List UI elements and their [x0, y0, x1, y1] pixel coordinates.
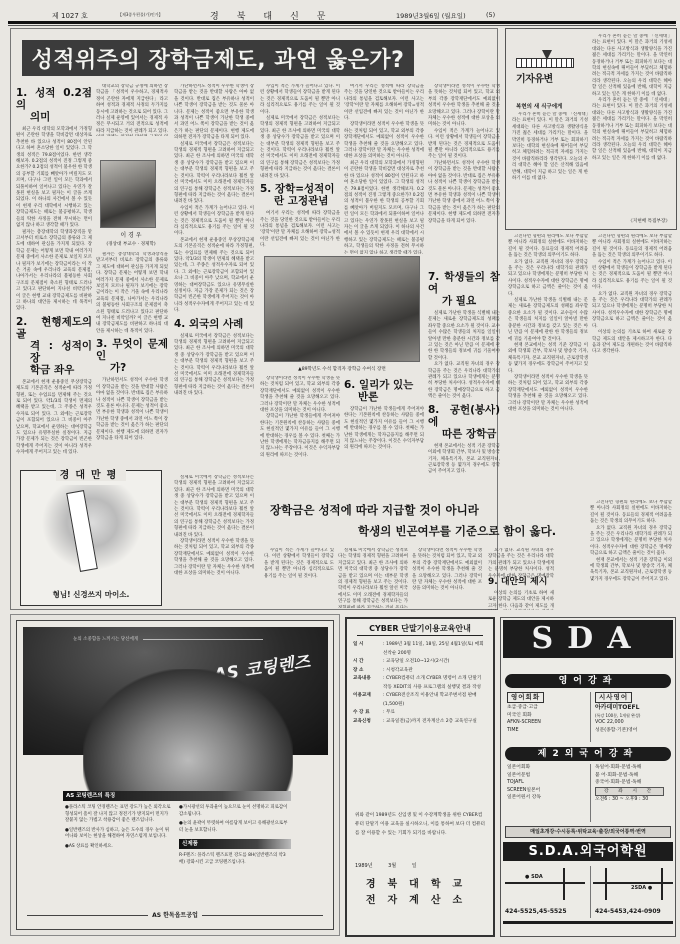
reporter-column-body-1: 우리가 흔히 듣는 말 중에 「신세대」라는 표현이 있다. 이 말은 과거의 … [512, 112, 588, 226]
section-4-body: 실제로 미국에서 장학금은 성적보다는 학생의 경제적 형편을 고려하여 지급되… [174, 334, 254, 398]
services-bar: 매일초개강·수시등록·위탁교육·출강/외국어통역·번역 [505, 826, 671, 838]
cyber-ad-date: 1989년 3월 일 [355, 862, 417, 869]
pull-quote: 장학금은 성적에 따라 지급할 것이 아니라 학생의 빈곤여부를 기준으로 함이… [270, 500, 570, 542]
other-language-list: 독일어·회화·문법·독해 불 어·회화·문법·독해 중국어·회화·문법·독해 강… [595, 764, 673, 804]
japanese-course-list: 일본어회화 일본어문법 TOJAFL SCREEN일본어 일본어원서 강독 [507, 764, 585, 802]
headline-banner: 성적위주의 장학금제도, 과연 옳은가? [22, 40, 414, 76]
reporter-column-body-2: 우리가 흔히 듣는 말 중에 「신세대」라는 표현이 있다. 이 말은 과거의 … [592, 34, 672, 214]
section-6-body: 장학금이 가난한 학생들에게 주어져야 한다는 기본원칙에 찬동하는 사람들 중… [344, 407, 424, 452]
article-column-3-bottom: 실제로 미국에서 장학금은 성적보다는 학생의 경제적 형편을 고려하여 지급되… [174, 475, 254, 605]
ad-sda-language-institute: SDA 영어강좌 영어회화 초급·중급·고급 미국인 회화 AFKN-SCREE… [500, 617, 676, 937]
section-1-body-cont: 필자는 총장대학의 학생과장직을 맡고서부터 비로소 장학금의 종류와 그 제도… [16, 230, 92, 313]
section-9-body: 이상의 논의를 기초로 하여 새로운 장학금 제도의 대안을 제시하고자 한다.… [488, 591, 554, 610]
article-column-6-bottom: 7. 학생들의 참여 가 필요 실제로 가난한 학생을 식별해 내는 문제는 새… [428, 268, 500, 496]
section-7-body: 실제로 가난한 학생을 식별해 내는 문제는 새로운 장학금제도의 성패를 좌우… [428, 311, 500, 362]
ad-company-name: AS 한독옵트공업 [148, 912, 202, 919]
section-1-heading: 1. 성적 0.2점의 의미 [16, 87, 92, 123]
issue-date: 1989년3월6일 (월요일) [396, 11, 466, 20]
section-4-heading: 4. 외국의 사례 [174, 318, 254, 330]
article-column-7: 고진다면 형편의 원리에도 보다 부합할 뿐 아니라 사회정의 실현에도 이바지… [508, 234, 588, 496]
ad-hero-photo: 눈의 소중함을 느끼시는 당신에게 AS 코팅렌즈 [23, 627, 328, 755]
author-photo [100, 160, 156, 228]
ad-new-product-title: 신제품 [179, 839, 291, 849]
cartoon-caption: 형님! 신경쓰지 마이소. [21, 589, 161, 600]
ad-features-list-right: ●가시광선의 투과율이 높으므로 눈이 선명하고 피로감이 감소됩니다. ●눈의… [179, 805, 291, 837]
ceremony-photo [264, 256, 420, 362]
english-course-title: 영어강좌 [505, 674, 671, 688]
location-map-1: ● SDA [505, 866, 585, 902]
newspaper-page: 제 1027 호 【제3종우편물(가)인가】 경북대신문 1989년3월6일 (… [0, 0, 680, 944]
section-6-heading: 6. 일리가 있는 반론 [344, 379, 424, 403]
postal-tag: 【제3종우편물(가)인가】 [118, 12, 163, 18]
phone-2: 424-5453,424-0909 [595, 908, 661, 915]
current-english-list: 시사영어 아카데미TOEFL (특강 100분, 1개월 완성) VOC 22,… [595, 692, 673, 734]
section-7-heading: 7. 학생들의 참여 가 필요 [428, 271, 500, 307]
ad-features-title: AS 코팅렌즈의 특징 [63, 791, 291, 801]
article-column-4: 수입이 적은 가계가 늘어나고 있다. 이런 상황에서 학생들이 장학금을 받게… [260, 84, 340, 274]
cyber-ad-details: 일 시: 1989년 3월 11일, 18일, 25일 4월1일(토) 매회선착… [353, 641, 487, 726]
cyber-ad-title: CYBER 단말기이용교육안내 [347, 623, 493, 634]
ad-as-coating-lens: 눈의 소중함을 느끼시는 당신에게 AS 코팅렌즈 AS 코팅렌즈의 특징 ●플… [16, 620, 334, 930]
article-column-5-bottom: 6. 일리가 있는 반론 장학금이 가난한 학생들에게 주어져야 한다는 기본원… [344, 376, 424, 494]
section-9-heading: 9. 대안의 제시 [488, 577, 554, 587]
class-hours: 오전6 : 30 ~ 오후9 : 30 [595, 796, 673, 804]
masthead-rule-thin [8, 25, 676, 26]
cyber-ad-body: 위와 같이 1989년도 신입생 및 이 수강계학생을 위한 CYBER컴퓨터 … [355, 811, 485, 838]
article-column-lower-5: 고진다면 형편의 원리에도 보다 부합할 뿐 아니라 사회정의 실현에도 이바지… [590, 500, 672, 608]
article-column-lower-3: 장학생이라면 성적이 우수한 학생을 뜻하는 것처럼 되어 있고, 학교 외부의… [412, 548, 482, 608]
article-column-2: 필자는 총장대학의 학생과장직을 맡고서부터 비로소 장학금의 종류와 그 제도… [96, 252, 168, 472]
reporter-column-signature: 《지현배 특집부장》 [600, 218, 670, 224]
article-column-lower-2: 실제로 미국에서 장학금은 성적보다는 학생의 경제적 형편을 고려하여 지급되… [338, 548, 408, 608]
section-5-body: 여기서 우리는 성적에 따라 장학금을 주는 것을 당연한 것으로 받아들이는 … [260, 211, 340, 249]
ad-features-list: ●플라스틱 코팅 안경렌즈는 표면 강도가 높은 외각으로 형성되어 흠이 잘 … [65, 805, 173, 854]
location-map-2: 2SDA ● [593, 866, 673, 902]
cartoon-title: 경대만평 [56, 470, 127, 481]
sda-logo: SDA [503, 620, 673, 658]
section-3-body: 가난하면서도 성적이 우수한 학생이 장학금을 받는 것을 반대할 사람은 아마… [96, 378, 168, 442]
ad-group-photo [83, 669, 293, 799]
class-hours-label: 강 좌 시 간 [595, 787, 664, 797]
editorial-cartoon: 경대만평 형님! 신경쓰지 마이소. [20, 470, 162, 606]
article-column-4-bottom: 장학생이라면 성적이 우수한 학생을 뜻하는 것처럼 되어 있고, 학교 외부의… [260, 376, 340, 494]
ceremony-photo-caption: ▲89학년도 수석 합격자 장학금 수여식 장면 [264, 366, 420, 372]
section-2b-body: 대학교의 장학금 규정에 의하면 장학금을 「성적이 우수하고, 경제적사정이 … [96, 84, 168, 136]
masthead: 제 1027 호 【제3종우편물(가)인가】 경북대신문 1989년3월6일 (… [10, 8, 675, 22]
section-5-heading: 5. 장학=성적이 란 고정관념 [260, 183, 340, 207]
ad-cyber-education: CYBER 단말기이용교육안내 일 시: 1989년 3월 11일, 18일, … [345, 617, 495, 937]
page-number: (5) [486, 11, 495, 19]
article-column-1: 1. 성적 0.2점의 의미 최근 우리 대학의 모학과에서 가정형편이 곤란한… [16, 84, 92, 464]
author-affiliation: (경상대 부교수 · 경제학) [96, 241, 166, 247]
arrow-down-icon [542, 50, 552, 60]
article-column-5: 여기서 우리는 성적에 따라 장학금을 주는 것을 당연한 것으로 받아들이는 … [344, 84, 424, 254]
reporter-column-subtitle: 복현의 새 식구에게 [516, 102, 562, 110]
section-8-body: 현재 본교에서는 성적 기준 장학금 이외에 학생회 간부, 학보사 및 방송국… [428, 444, 500, 476]
cyber-ad-computer-center: 전자계산소 [347, 891, 493, 906]
article-column-lower-1: 수입이 적은 가계가 늘어나고 있다. 이런 상황에서 학생들이 장학금을 받게… [264, 548, 334, 608]
ad-tagline: 눈의 소중함을 느끼시는 당신에게 [73, 636, 138, 642]
author-name: 이 경 우 [96, 230, 166, 239]
section-2-heading: 2. 현행제도의 골 격 : 성적이 장 학금 좌우 [16, 316, 92, 376]
article-column-8: 고진다면 형편의 원리에도 보다 부합할 뿐 아니라 사회정의 실현에도 이바지… [592, 234, 672, 496]
institute-name: S.D.A.외국어학원 [503, 842, 673, 861]
english-conversation-list: 영어회화 초급·중급·고급 미국인 회화 AFKN-SCREEN TIME [507, 692, 585, 734]
masthead-rule [8, 21, 676, 24]
issue-number: 제 1027 호 [52, 11, 88, 21]
article-column-3: 가난하면서도 성적이 우수한 학생이 장학금을 받는 것을 반대할 사람은 아마… [174, 84, 254, 474]
article-column-2-top: 대학교의 장학금 규정에 의하면 장학금을 「성적이 우수하고, 경제적사정이 … [96, 84, 168, 136]
section-9: 9. 대안의 제시 이상의 논의를 기초로 하여 새로운 장학금 제도의 대안을… [488, 574, 554, 610]
reporter-column-logo: 기자유변 [516, 50, 574, 84]
second-language-title: 제2외국어강좌 [505, 747, 671, 761]
article-column-6: 장학생이라면 성적이 우수한 학생을 뜻하는 것처럼 되어 있고, 학교 외부의… [428, 84, 500, 264]
section-8-heading: 8. 공헌(봉사)에 따른 장학금 [428, 404, 500, 440]
section-3-heading: 3. 무엇이 문제인 가? [96, 338, 168, 374]
cyber-ad-university: 경북대학교 [347, 875, 493, 890]
phone-1: 424-5525,45-5525 [505, 908, 567, 915]
section-1-body: 최근 우리 대학의 모학과에서 가정형편이 곤란한 학생을 학비감면 대상자로 … [16, 127, 92, 230]
headline-text: 성적위주의 장학금제도, 과연 옳은가? [32, 43, 405, 74]
section-2-body: 본교에서 현재 운용중인 무상장학금제도의 기본골격은 성적순에 따라 가정형편… [16, 380, 92, 457]
ad-new-product-body: R-F렌즈: 플라스틱 렌즈표면 강도를 8H(일반렌즈의 약3배) 강화시킨 … [179, 853, 291, 866]
